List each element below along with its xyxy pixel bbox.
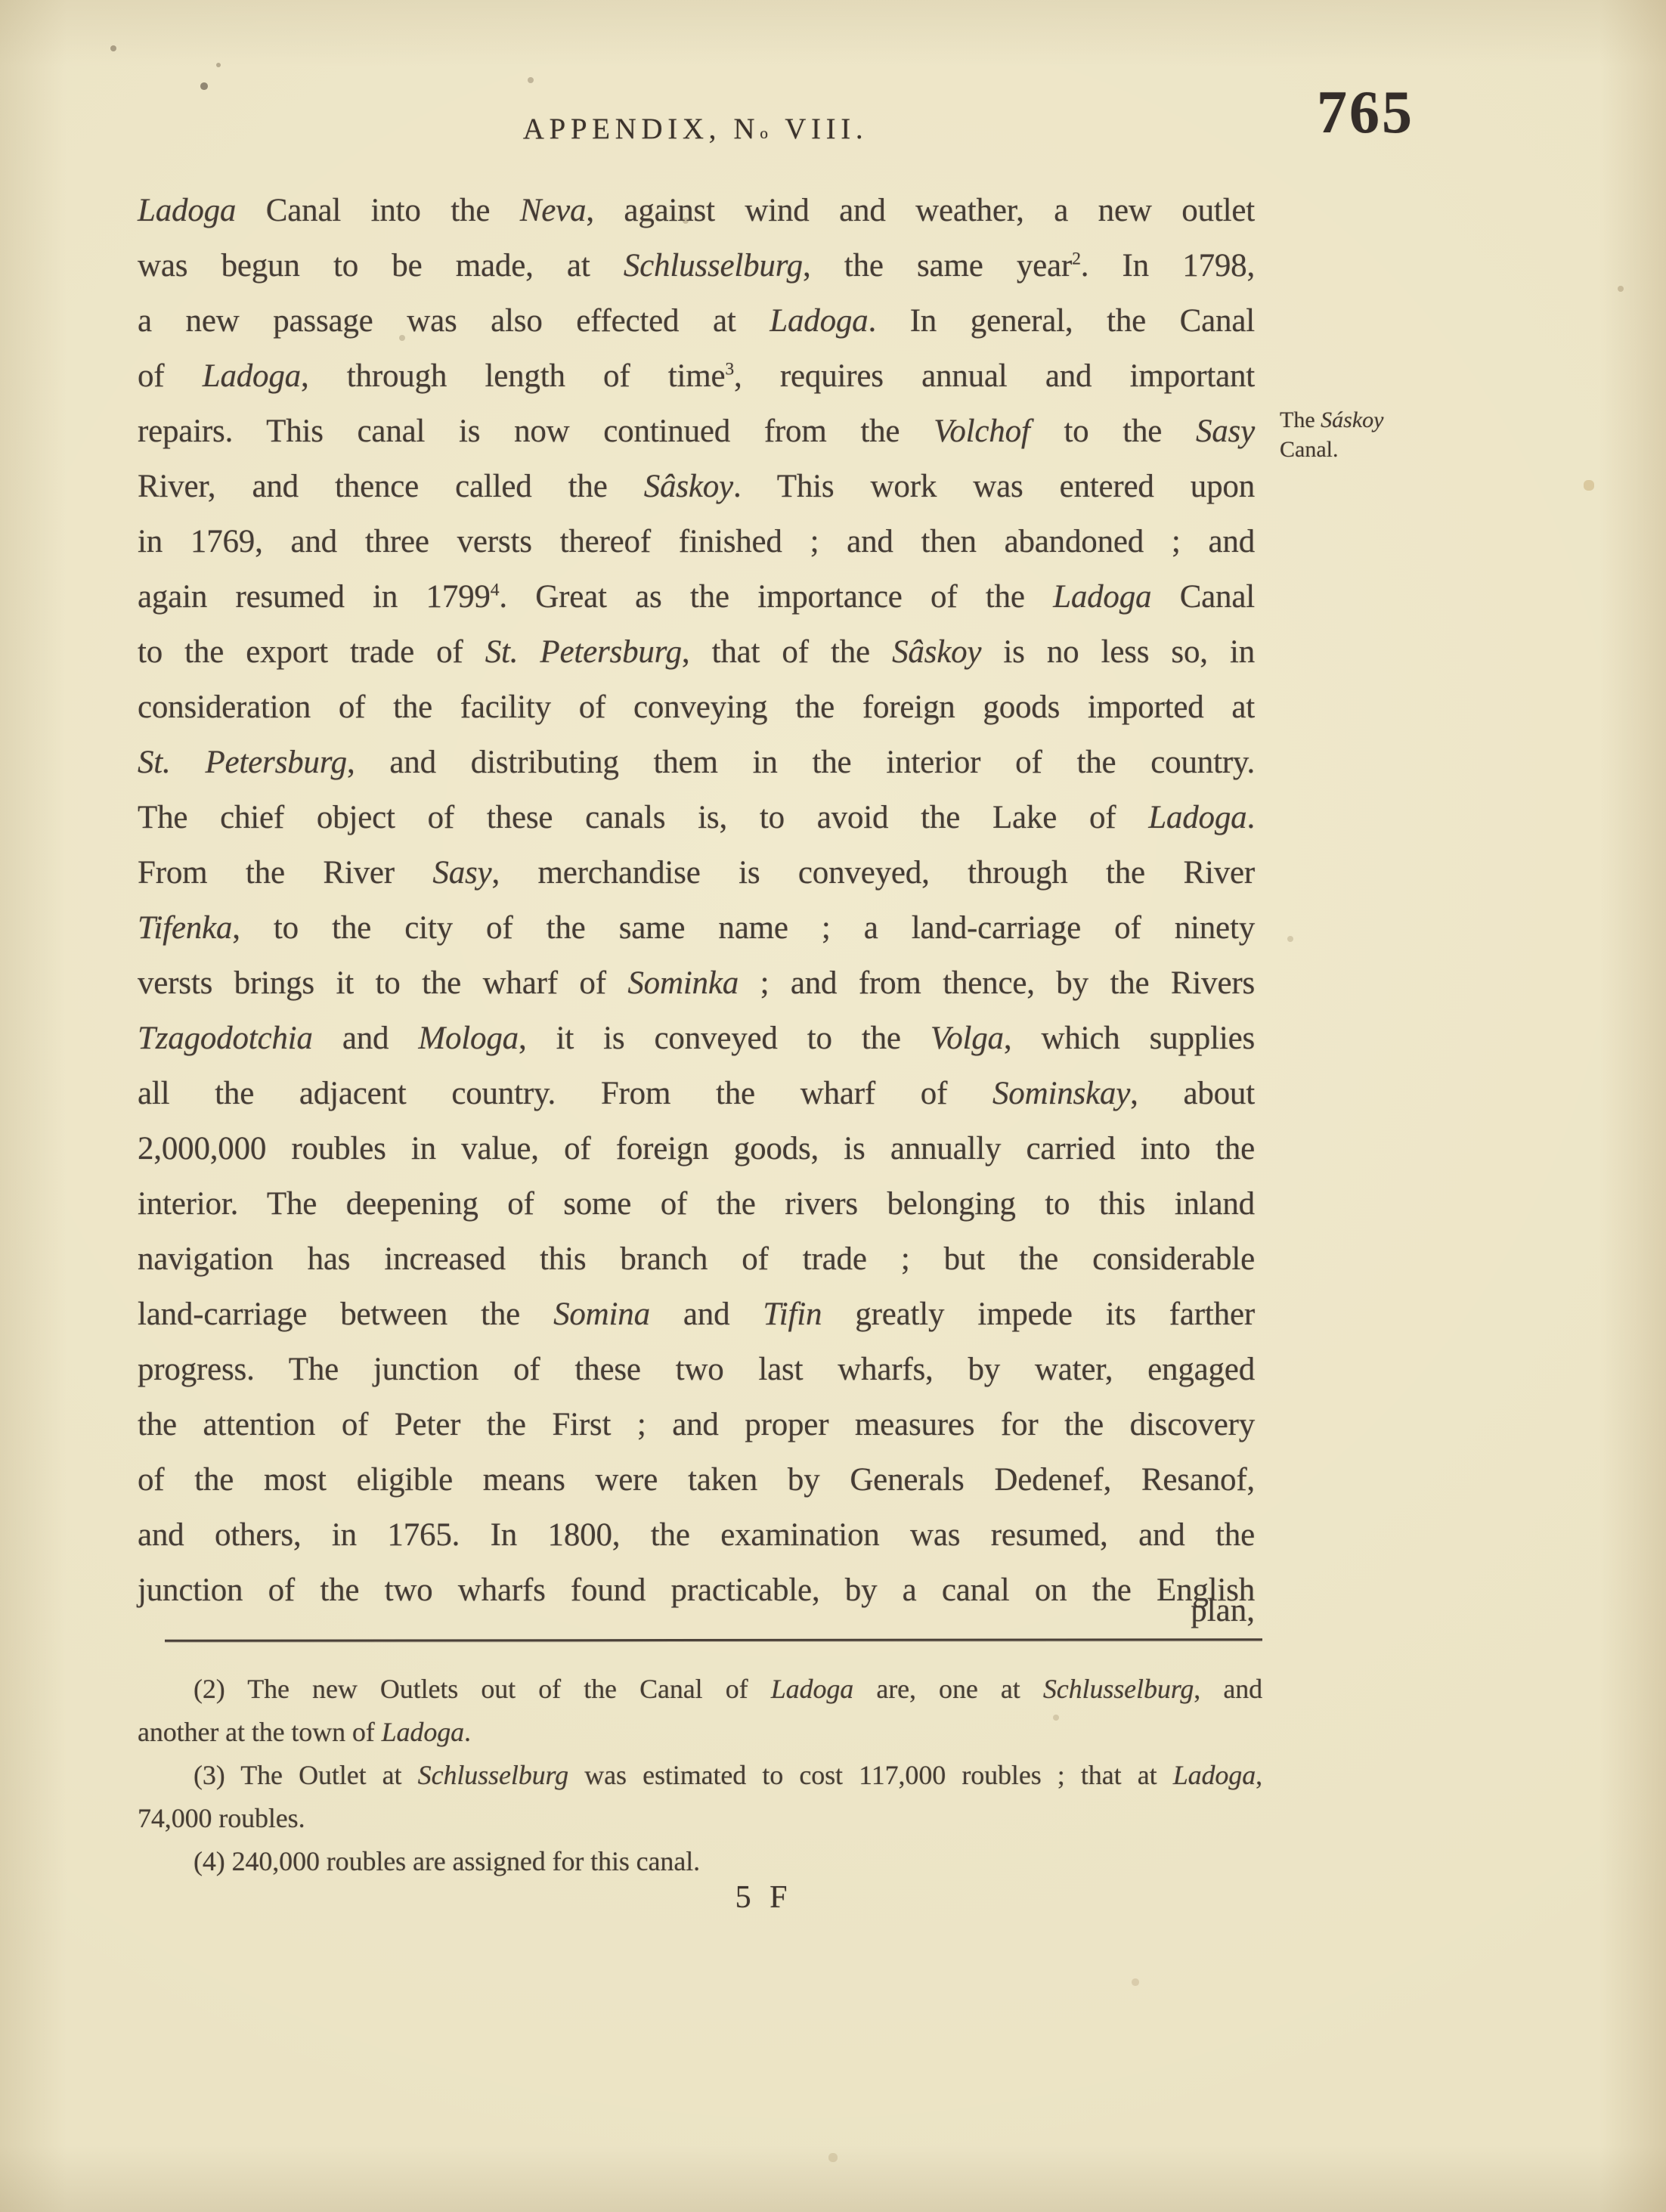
footnote-line: 74,000 roubles. [138,1797,1262,1840]
body-line: and others, in 1765. In 1800, the examin… [138,1507,1255,1563]
book-page: APPENDIX, No VIII. 765 Ladoga Canal into… [0,0,1666,2212]
body-line: The chief object of these canals is, to … [138,790,1255,845]
footnotes: (2) The new Outlets out of the Canal of … [138,1668,1262,1910]
footnote-line: (4) 240,000 roubles are assigned for thi… [138,1840,1262,1883]
footnote-line: (2) The new Outlets out of the Canal of … [138,1668,1262,1711]
body-line: Tzagodotchia and Mologa, it is conveyed … [138,1011,1255,1066]
footnote-line: (3) The Outlet at Schlusselburg was esti… [138,1754,1262,1797]
body-line: was begun to be made, at Schlusselburg, … [138,238,1255,293]
body-line: of Ladoga, through length of time3, requ… [138,349,1255,404]
running-head: APPENDIX, No VIII. [138,112,1253,146]
body-line: progress. The junction of these two last… [138,1342,1255,1397]
body-line: land-carriage between the Somina and Tif… [138,1287,1255,1342]
body-line: interior. The deepening of some of the r… [138,1176,1255,1231]
margin-note: The SáskoyCanal. [1280,405,1529,464]
body-line: Ladoga Canal into the Neva, against wind… [138,183,1255,238]
body-line: St. Petersburg, and distributing them in… [138,735,1255,790]
signature-mark: 5 F [138,1879,1385,1916]
body-line: From the River Sasy, merchandise is conv… [138,845,1255,900]
body-line: navigation has increased this branch of … [138,1231,1255,1287]
body-line: the attention of Peter the First ; and p… [138,1397,1255,1452]
body-line: a new passage was also effected at Ladog… [138,293,1255,349]
page-number: 765 [1317,79,1414,147]
body-line: consideration of the facility of conveyi… [138,680,1255,735]
footnote-rule [165,1638,1262,1642]
body-line: Tifenka, to the city of the same name ; … [138,900,1255,956]
footnote-line: another at the town of Ladoga. [138,1711,1262,1754]
margin-note-line: The Sáskoy [1280,405,1529,435]
body-line: versts brings it to the wharf of Sominka… [138,956,1255,1011]
body-line: to the export trade of St. Petersburg, t… [138,624,1255,680]
margin-note-line: Canal. [1280,435,1529,464]
catchword: plan, [138,1583,1255,1638]
body-line: again resumed in 17994. Great as the imp… [138,569,1255,624]
body-line: River, and thence called the Sâskoy. Thi… [138,459,1255,514]
body-text: Ladoga Canal into the Neva, against wind… [138,183,1255,1627]
body-line: repairs. This canal is now continued fro… [138,404,1255,459]
body-line: of the most eligible means were taken by… [138,1452,1255,1507]
body-line: all the adjacent country. From the wharf… [138,1066,1255,1121]
body-line: in 1769, and three versts thereof finish… [138,514,1255,569]
paper-specks [0,0,3,3]
body-line: 2,000,000 roubles in value, of foreign g… [138,1121,1255,1176]
